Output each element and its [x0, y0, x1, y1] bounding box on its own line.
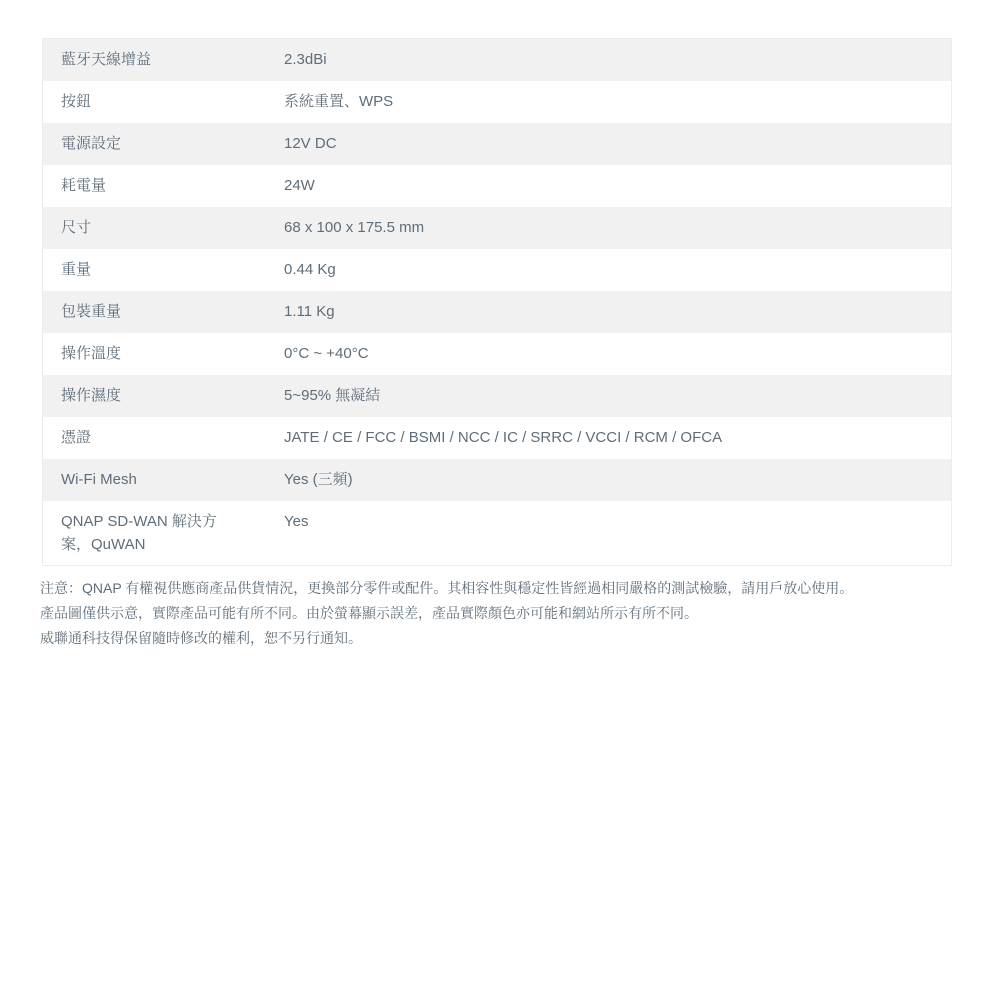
spec-label: 電源設定	[43, 132, 284, 155]
spec-label: 耗電量	[43, 174, 284, 197]
table-row: 耗電量 24W	[43, 165, 951, 207]
spec-table: 藍牙天線增益 2.3dBi 按鈕 系統重置、WPS 電源設定 12V DC 耗電…	[42, 38, 952, 566]
note-line: 威聯通科技得保留隨時修改的權利，恕不另行通知。	[40, 626, 960, 651]
table-row: 按鈕 系統重置、WPS	[43, 81, 951, 123]
spec-label: QNAP SD-WAN 解決方案，QuWAN	[43, 510, 284, 556]
spec-value: 系統重置、WPS	[284, 90, 951, 113]
spec-value: Yes	[284, 510, 951, 533]
spec-value: 5~95% 無凝結	[284, 384, 951, 407]
spec-value: 1.11 Kg	[284, 300, 951, 323]
note-line: 注意：QNAP 有權視供應商產品供貨情況，更換部分零件或配件。其相容性與穩定性皆…	[40, 576, 960, 601]
spec-value: 12V DC	[284, 132, 951, 155]
spec-value: 0°C ~ +40°C	[284, 342, 951, 365]
spec-value: 2.3dBi	[284, 48, 951, 71]
spec-label: 重量	[43, 258, 284, 281]
table-row: 尺寸 68 x 100 x 175.5 mm	[43, 207, 951, 249]
spec-label: 按鈕	[43, 90, 284, 113]
spec-value: Yes (三頻)	[284, 468, 951, 491]
spec-label: 操作濕度	[43, 384, 284, 407]
table-row: 操作濕度 5~95% 無凝結	[43, 375, 951, 417]
table-row: QNAP SD-WAN 解決方案，QuWAN Yes	[43, 501, 951, 565]
spec-label: Wi-Fi Mesh	[43, 468, 284, 491]
note-line: 產品圖僅供示意，實際產品可能有所不同。由於螢幕顯示誤差，產品實際顏色亦可能和網站…	[40, 601, 960, 626]
table-row: 重量 0.44 Kg	[43, 249, 951, 291]
spec-label: 藍牙天線增益	[43, 48, 284, 71]
product-spec-page: 藍牙天線增益 2.3dBi 按鈕 系統重置、WPS 電源設定 12V DC 耗電…	[0, 0, 1000, 1000]
table-row: 藍牙天線增益 2.3dBi	[43, 39, 951, 81]
spec-label: 尺寸	[43, 216, 284, 239]
spec-value: 68 x 100 x 175.5 mm	[284, 216, 951, 239]
table-row: Wi-Fi Mesh Yes (三頻)	[43, 459, 951, 501]
table-row: 電源設定 12V DC	[43, 123, 951, 165]
spec-value: 0.44 Kg	[284, 258, 951, 281]
spec-label: 操作溫度	[43, 342, 284, 365]
spec-value: JATE / CE / FCC / BSMI / NCC / IC / SRRC…	[284, 426, 951, 449]
spec-label: 包裝重量	[43, 300, 284, 323]
spec-label: 憑證	[43, 426, 284, 449]
table-row: 操作溫度 0°C ~ +40°C	[43, 333, 951, 375]
table-row: 憑證 JATE / CE / FCC / BSMI / NCC / IC / S…	[43, 417, 951, 459]
disclaimer-notes: 注意：QNAP 有權視供應商產品供貨情況，更換部分零件或配件。其相容性與穩定性皆…	[40, 576, 960, 651]
table-row: 包裝重量 1.11 Kg	[43, 291, 951, 333]
spec-value: 24W	[284, 174, 951, 197]
